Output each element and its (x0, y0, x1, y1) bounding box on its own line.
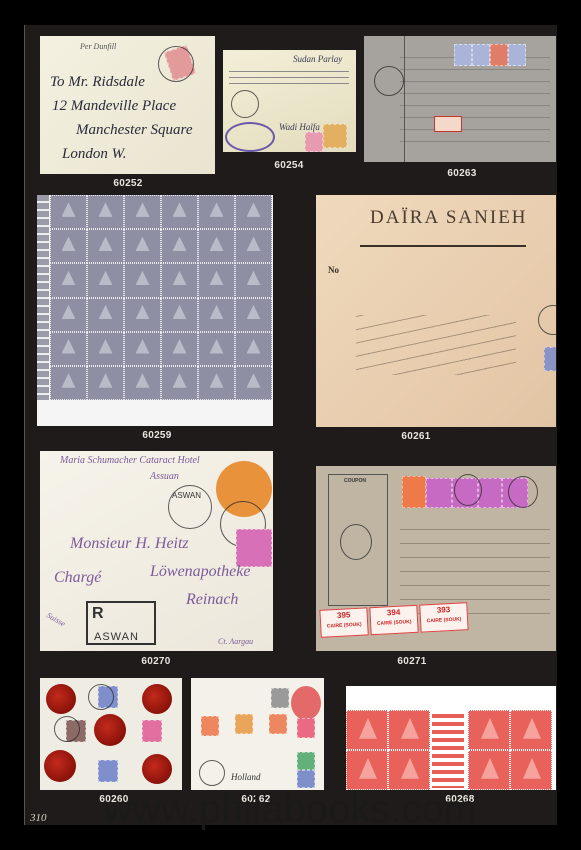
stamp-icon (124, 298, 161, 332)
postmark-icon (454, 474, 482, 506)
postmark-icon (374, 66, 404, 96)
stamp-icon (388, 750, 430, 790)
sheet-margin-perforations (37, 195, 49, 400)
stamp-icon (161, 332, 198, 366)
arabic-text-lines (229, 66, 349, 88)
cover-handwriting: Ct. Aargau (218, 637, 253, 646)
stamp-icon (544, 347, 556, 371)
stamp-icon (198, 263, 235, 297)
registration-office: CAIRE (SOUK) (371, 617, 418, 630)
stamp-icon (235, 229, 272, 263)
stamp-icon (198, 229, 235, 263)
stamp-icon (87, 332, 124, 366)
lot-number: 60261 (376, 431, 456, 442)
stamp-icon (87, 229, 124, 263)
lot-number: 60252 (88, 178, 168, 189)
stamp-icon (236, 529, 272, 567)
wax-seal-icon (142, 684, 172, 714)
cover-handwriting: To Mr. Ridsdale (50, 74, 145, 91)
cover-handwriting: Wadi Halfa (279, 122, 320, 132)
cover-handwriting: Löwenapotheke (150, 563, 250, 581)
stamp-icon (269, 714, 287, 734)
stamp-icon (87, 263, 124, 297)
registration-letter: R (92, 605, 104, 623)
stamp-icon (124, 366, 161, 400)
coupon-label: COUPON (344, 478, 366, 484)
cover-handwriting: Chargé (54, 569, 101, 587)
stamp-icon (468, 710, 510, 750)
stamp-icon (235, 366, 272, 400)
postmark-icon (88, 684, 114, 710)
wax-seal-icon (142, 754, 172, 784)
stamp-icon (235, 195, 272, 229)
stamp-icon (201, 716, 219, 736)
lot-60271-image[interactable]: COUPON 395CAIRE (SOUK)394CAIRE (SOUK)393… (316, 466, 556, 651)
stamp-icon (297, 718, 315, 738)
lot-number: 60259 (117, 430, 197, 441)
gutter-margin (432, 710, 464, 788)
stamp-icon (271, 688, 289, 708)
cover-handwriting: Reinach (186, 591, 238, 609)
lot-60262-image[interactable]: Holland (191, 678, 324, 790)
cover-handwriting: Assuan (150, 471, 179, 482)
lot-60254-image[interactable]: Sudan Parlay Wadi Halfa (223, 50, 356, 152)
stamp-icon (346, 710, 388, 750)
cover-handwriting: Holland (231, 772, 261, 782)
registration-labels: 395CAIRE (SOUK)394CAIRE (SOUK)393CAIRE (… (319, 602, 468, 638)
postmark-text: ASWAN (172, 491, 201, 500)
stamp-icon (235, 332, 272, 366)
lot-number: 60270 (116, 656, 196, 667)
printed-header: DAÏRA SANIEH (370, 207, 528, 229)
number-label: No (328, 265, 339, 275)
stamp-icon (468, 750, 510, 790)
stamp-icon (50, 366, 87, 400)
stamp-icon (198, 332, 235, 366)
stamp-icon (198, 366, 235, 400)
postmark-icon (508, 476, 538, 508)
stamp-icon (124, 195, 161, 229)
stamp-icon (490, 44, 508, 66)
stamp-icon (297, 770, 315, 788)
stamp-icon (388, 710, 430, 750)
lot-60263-image[interactable] (364, 36, 556, 162)
postmark-icon (54, 716, 80, 742)
stamp-icon (235, 263, 272, 297)
stamp-icon (124, 332, 161, 366)
lot-60268-image[interactable] (346, 686, 556, 790)
page-number: 310 (30, 812, 47, 824)
lot-60261-image[interactable]: DAÏRA SANIEH No (316, 195, 556, 427)
stamp-icon (472, 44, 490, 66)
header-rule (360, 245, 526, 247)
stamp-icon (323, 124, 347, 148)
stamp-icon (235, 298, 272, 332)
stamp-icon (124, 263, 161, 297)
cover-handwriting: Sudan Parlay (293, 54, 342, 64)
lot-number: 60254 (249, 160, 329, 171)
embossed-stamp-icon (291, 686, 321, 720)
registration-office: CAIRE (SOUK) (321, 619, 368, 632)
stamp-sheet-block (50, 195, 272, 400)
cover-handwriting: Suisse (45, 611, 67, 629)
cover-handwriting: London W. (62, 146, 126, 163)
stamp-icon (198, 298, 235, 332)
form-divider (404, 36, 405, 162)
stamp-icon (50, 332, 87, 366)
postmark-icon (340, 524, 372, 560)
postmark-icon (199, 760, 225, 786)
stamp-icon (161, 229, 198, 263)
registration-office: ASWAN (94, 631, 139, 643)
registration-box: R ASWAN (86, 601, 156, 645)
stamp-icon (142, 720, 162, 742)
stamp-icon (454, 44, 472, 66)
postmark-icon (158, 46, 194, 82)
cover-handwriting: Manchester Square (76, 122, 193, 139)
stamp-icon (161, 366, 198, 400)
lot-number: 60263 (422, 168, 502, 179)
stamp-icon (124, 229, 161, 263)
lot-60260-image[interactable] (40, 678, 182, 790)
gutter-pair-block (346, 710, 556, 790)
oval-cachet-icon (225, 122, 275, 152)
postmark-icon (538, 305, 556, 335)
stamp-icon (87, 366, 124, 400)
stamp-icon (235, 714, 253, 734)
lot-60259-image[interactable] (37, 195, 273, 426)
lot-number: 60271 (372, 656, 452, 667)
postmark-icon (231, 90, 259, 118)
wax-seal-icon (44, 750, 76, 782)
stamp-icon (87, 298, 124, 332)
stamp-icon (402, 476, 426, 508)
arabic-handwriting (356, 315, 516, 375)
stamp-icon (161, 195, 198, 229)
watermark-text: www.philabooks.com (0, 788, 581, 832)
registration-label: 394CAIRE (SOUK) (369, 605, 418, 635)
stamp-icon (87, 195, 124, 229)
stamp-icon (510, 750, 552, 790)
lot-60252-image[interactable]: Per Dunfill To Mr. Ridsdale 12 Mandevill… (40, 36, 215, 174)
stamp-icon (161, 298, 198, 332)
registration-label: 395CAIRE (SOUK) (319, 607, 368, 637)
cover-handwriting: Monsieur H. Heitz (70, 535, 189, 553)
registration-label: 393CAIRE (SOUK) (419, 602, 468, 632)
lot-60270-image[interactable]: Maria Schumacher Cataract Hotel Assuan A… (40, 451, 273, 651)
registration-label (434, 116, 462, 132)
stamp-icon (50, 195, 87, 229)
cover-handwriting: Maria Schumacher Cataract Hotel (60, 455, 200, 466)
cover-handwriting: 12 Mandeville Place (52, 98, 176, 115)
stamp-icon (510, 710, 552, 750)
stamp-icon (50, 263, 87, 297)
cover-handwriting: Per Dunfill (80, 42, 116, 51)
stamp-icon (98, 760, 118, 782)
stamp-icon (426, 478, 452, 508)
wax-seal-icon (94, 714, 126, 746)
stamp-icon (161, 263, 198, 297)
stamp-icon (508, 44, 526, 66)
stamp-icon (50, 229, 87, 263)
stamp-icon (297, 752, 315, 770)
stamp-icon (50, 298, 87, 332)
registration-office: CAIRE (SOUK) (421, 614, 468, 627)
stamp-icon (198, 195, 235, 229)
stamp-icon (305, 132, 323, 152)
wax-seal-icon (46, 684, 76, 714)
stamp-icon (346, 750, 388, 790)
